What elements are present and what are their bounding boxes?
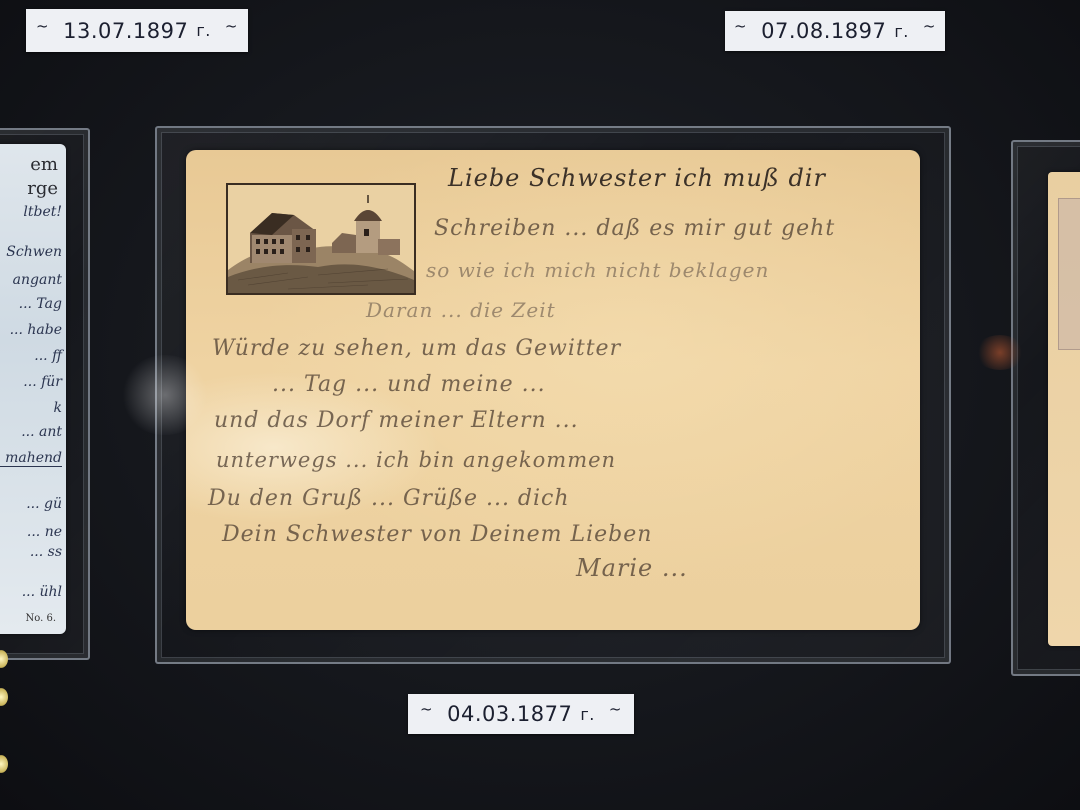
date-text: 04.03.1877	[447, 702, 572, 726]
tilde-mark: ~	[609, 700, 622, 718]
handwriting-line: Daran ... die Zeit	[366, 298, 556, 322]
date-text: 13.07.1897	[63, 19, 188, 43]
tilde-mark: ~	[36, 17, 49, 35]
handwriting-line: ... mahend	[0, 450, 62, 467]
handwriting-line: ... gü	[26, 496, 62, 512]
handwriting-line: ... ne	[27, 524, 62, 540]
date-label-bottom: ~ 04.03.1877 г. ~	[408, 694, 634, 734]
handwriting-line: Würde zu sehen, um das Gewitter	[212, 336, 621, 361]
stamp-area	[1058, 198, 1080, 350]
postcard-main: Liebe Schwester ich muß dir Schreiben ..…	[186, 150, 920, 630]
handwriting-line: unterwegs ... ich bin angekommen	[216, 448, 616, 472]
castle-engraving-icon	[228, 185, 414, 293]
handwriting-line: ... Tag	[19, 296, 62, 312]
postcard-left: em rge ltbet! Schwen angant ... Tag ... …	[0, 144, 66, 634]
handwriting-line: ... ühl	[22, 584, 62, 600]
display-case: em rge ltbet! Schwen angant ... Tag ... …	[0, 0, 1080, 810]
date-label-left: ~ 13.07.1897 г. ~	[26, 9, 248, 52]
handwriting-line: Schreiben ... daß es mir gut geht	[434, 216, 835, 241]
led-light-icon	[0, 688, 8, 706]
handwriting-line: ... habe	[10, 322, 62, 338]
date-label-right: ~ 07.08.1897 г. ~	[725, 11, 945, 51]
printed-text: em	[30, 154, 58, 175]
handwriting-line: Schwen	[6, 244, 62, 260]
date-text: 07.08.1897	[761, 19, 886, 43]
castle-engraving-image	[226, 183, 416, 295]
year-suffix: г.	[580, 705, 595, 724]
handwriting-line: ... Tag ... und meine ...	[272, 372, 546, 397]
tilde-mark: ~	[734, 17, 747, 35]
handwriting-line: und das Dorf meiner Eltern ...	[214, 408, 579, 433]
printed-text: rge	[27, 178, 58, 199]
year-suffix: г.	[894, 22, 909, 41]
handwriting-line: ltbet!	[23, 204, 62, 220]
tilde-mark: ~	[923, 17, 936, 35]
postcard-right	[1048, 172, 1080, 646]
signature: Marie ...	[576, 554, 688, 582]
led-light-icon	[0, 755, 8, 773]
handwriting-line: k	[54, 400, 62, 416]
tilde-mark: ~	[225, 17, 238, 35]
year-suffix: г.	[196, 21, 211, 40]
handwriting-line: ... ss	[30, 544, 62, 560]
handwriting-line: ... ff	[34, 348, 62, 364]
handwriting-line: Dein Schwester von Deinem Lieben	[222, 522, 652, 547]
handwriting-line: angant	[13, 272, 62, 288]
handwriting-line: ... ant	[21, 424, 62, 440]
tilde-mark: ~	[420, 700, 433, 718]
handwriting-line: Du den Gruß ... Grüße ... dich	[208, 486, 570, 511]
handwriting-line: Liebe Schwester ich muß dir	[448, 164, 826, 192]
handwriting-line: so wie ich mich nicht beklagen	[426, 258, 769, 282]
card-number: No. 6.	[26, 613, 57, 624]
handwriting-line: ... für	[23, 374, 62, 390]
